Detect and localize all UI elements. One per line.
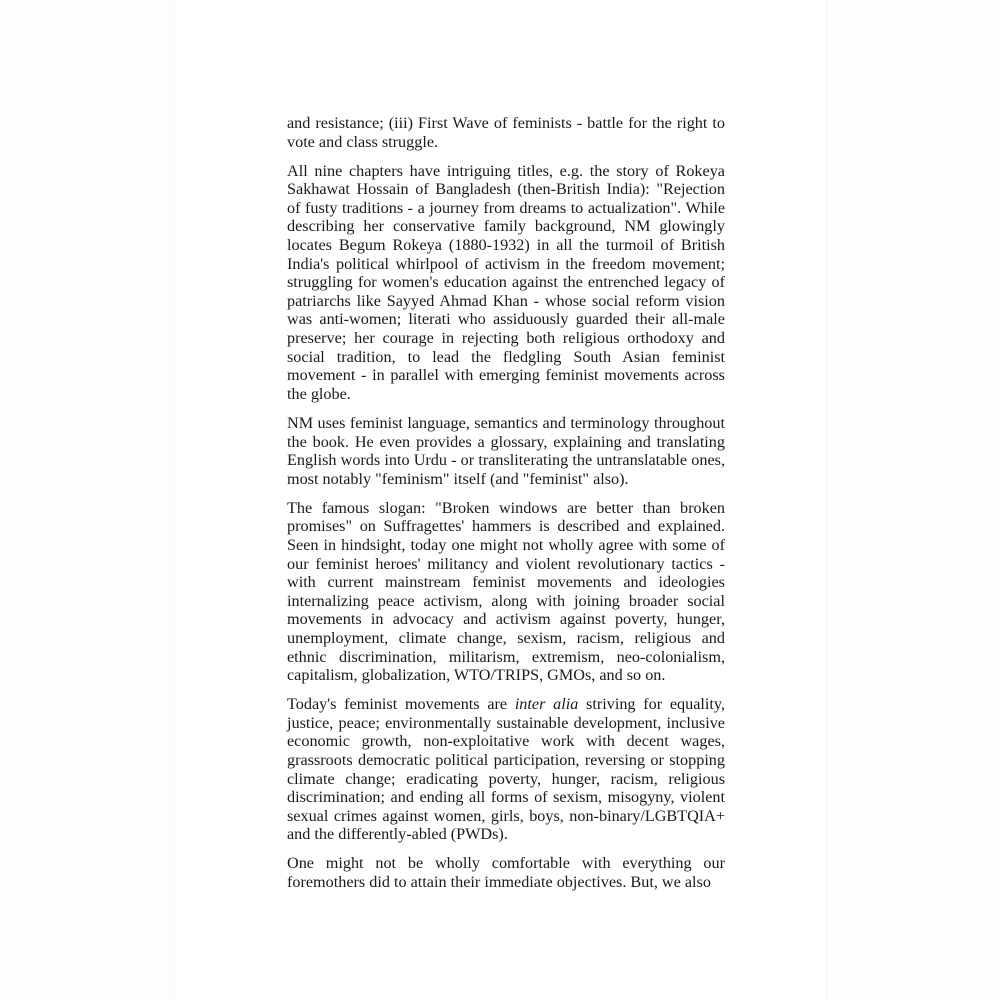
paragraph-2: All nine chapters have intriguing titles… (287, 162, 725, 404)
text-column: and resistance; (iii) First Wave of femi… (287, 114, 725, 902)
paragraph-4: The famous slogan: "Broken windows are b… (287, 499, 725, 685)
paragraph-5-rest: striving for equality, justice, peace; e… (287, 695, 725, 843)
italic-inter-alia: inter alia (515, 695, 579, 713)
paragraph-3: NM uses feminist language, semantics and… (287, 414, 725, 488)
paragraph-6: One might not be wholly comfortable with… (287, 854, 725, 891)
document-viewer: and resistance; (iii) First Wave of femi… (0, 0, 1000, 1000)
paragraph-5: Today's feminist movements are inter ali… (287, 695, 725, 844)
paragraph-5-lead: Today's feminist movements are (287, 695, 515, 713)
paragraph-1: and resistance; (iii) First Wave of femi… (287, 114, 725, 151)
